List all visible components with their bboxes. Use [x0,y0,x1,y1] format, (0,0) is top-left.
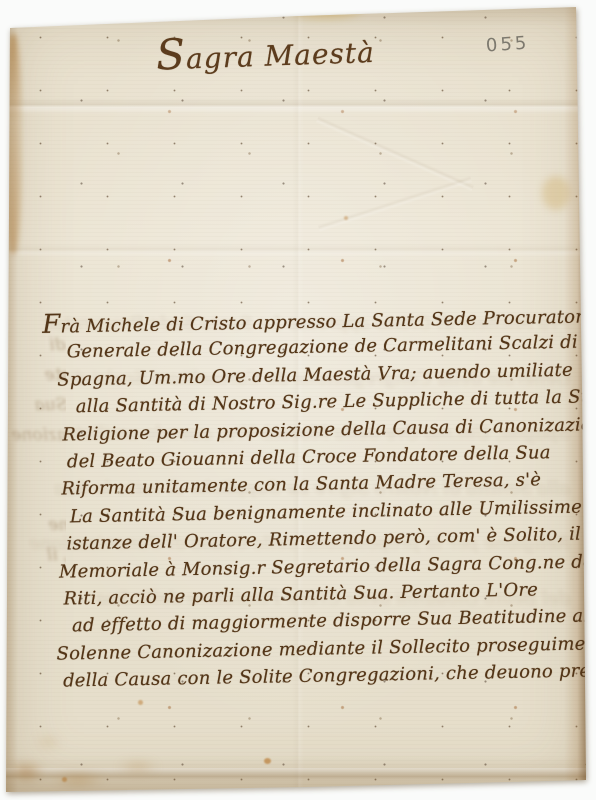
archival-number: 055 [485,33,530,57]
document-title: Sagra Maestà [155,21,417,79]
manuscript-body: Frà Michele di Cristo appresso La Santa … [36,302,577,696]
page-edge-top [0,0,596,26]
manuscript-page: Frà Michele di Cristo appresso La Santa … [0,0,596,800]
scan-background: Frà Michele di Cristo appresso La Santa … [0,0,596,800]
paper-shadow: Frà Michele di Cristo appresso La Santa … [0,0,596,800]
page-edge-bottom [0,756,596,800]
rust-spot [344,216,348,220]
